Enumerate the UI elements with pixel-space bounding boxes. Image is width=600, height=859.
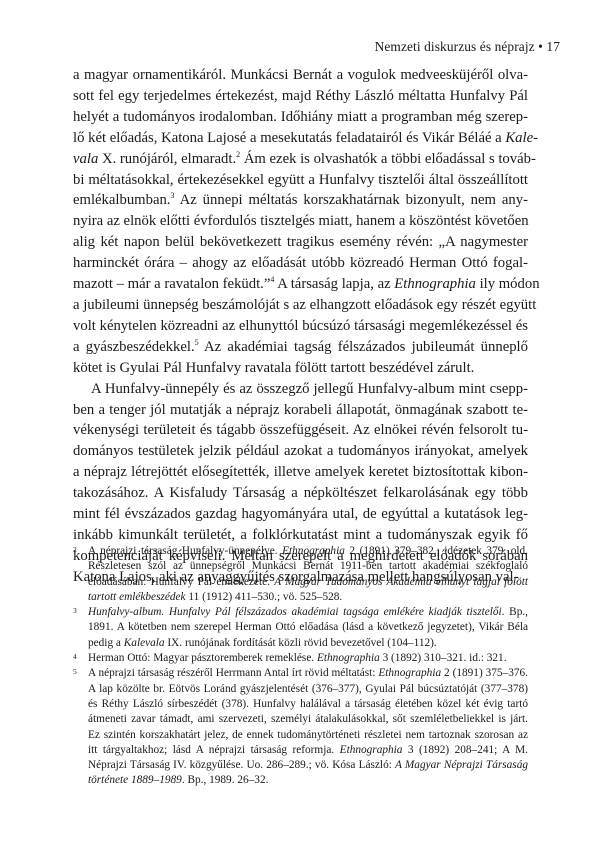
italic-text: Hunfalvy-album. Hunfalvy Pál félszázados…: [88, 606, 502, 618]
text-run: A Hunfalvy-ünnepély és az összegző jelle…: [91, 381, 528, 397]
text-line: volt kénytelen közreadni az elhunyttól b…: [73, 316, 528, 337]
text-line: ben a tenger jól mutatják a néprajz kora…: [73, 400, 528, 421]
text-line: helyét a tudományos irodalomban. Időhián…: [73, 107, 528, 128]
italic-text: vala: [73, 151, 98, 167]
text-line: lő két előadás, Katona Lajosé a mesekuta…: [73, 128, 528, 149]
text-run: . Bp., 1989. 26–32.: [182, 774, 269, 786]
bullet-separator: •: [538, 39, 543, 54]
italic-text: Kalevala: [124, 637, 165, 649]
text-line: emlékalbumban.3 Az ünnepi méltatás korsz…: [73, 190, 528, 211]
text-line: nyira az elnök előtti évfordulós tisztel…: [73, 211, 528, 232]
text-line: inkább kimunkált területét, a folklórkut…: [73, 525, 528, 546]
text-line: sott fel egy terjedelmes értekezést, maj…: [73, 86, 528, 107]
running-head: Nemzeti diskurzus és néprajz • 17: [375, 39, 560, 55]
text-line: a néprajz létrejöttét elősegítették, ill…: [73, 462, 528, 483]
text-line: a magyar ornamentikáról. Munkácsi Bernát…: [73, 65, 528, 86]
italic-text: Ethnographia: [378, 667, 441, 679]
footnote: 2A néprajzi társaság Hunfalvy-ünnepélye.…: [73, 544, 528, 605]
paragraph: a magyar ornamentikáról. Munkácsi Bernát…: [73, 65, 528, 379]
text-run: Az akadémiai tagság félszázados jubileum…: [199, 339, 528, 355]
text-run: Herman Ottó: Magyar pásztoremberek remek…: [88, 652, 317, 664]
text-line: vala X. runójáról, elmaradt.2 Ám ezek is…: [73, 149, 528, 170]
italic-text: Ethnographia: [340, 744, 403, 756]
text-run: X. runójáról, elmaradt.: [98, 151, 236, 167]
text-run: dományos testületek jelzik például azoka…: [73, 443, 528, 459]
footnotes: 2A néprajzi társaság Hunfalvy-ünnepélye.…: [73, 544, 528, 789]
text-line: a jubileumi ünnepség beszámolóját s az e…: [73, 295, 528, 316]
italic-text: Kale-: [505, 130, 538, 146]
text-run: volt kénytelen közreadni az elhunyttól b…: [73, 318, 528, 334]
text-run: Az ünnepi méltatás korszakhatárnak bizon…: [174, 192, 528, 208]
footnote-number: 2: [73, 542, 77, 557]
text-run: bi méltatásokkal, értekezésekkel együtt …: [73, 172, 528, 188]
text-run: inkább kimunkált területét, a folklórkut…: [73, 527, 528, 543]
text-run: IX. runójának fordítását közli rövid bev…: [165, 637, 437, 649]
text-run: takozásához. A Kisfaludy Társaság a népk…: [73, 485, 528, 501]
text-run: vékenységi területeit és tágabb összefüg…: [73, 422, 528, 438]
text-run: A néprajzi társaság Hunfalvy-ünnepélye.: [88, 545, 282, 557]
text-run: sott fel egy terjedelmes értekezést, maj…: [73, 88, 528, 104]
text-line: bi méltatásokkal, értekezésekkel együtt …: [73, 170, 528, 191]
text-run: ily módon: [476, 276, 540, 292]
text-run: A néprajzi társaság részéről Herrmann An…: [88, 667, 378, 679]
text-run: 2 (1891) 375–376. A lap közölte br. Eötv…: [88, 667, 528, 755]
text-line: a gyászbeszédekkel.5 Az akadémiai tagság…: [73, 337, 528, 358]
text-run: 3 (1892) 310–321. id.: 321.: [380, 652, 507, 664]
text-run: lő két előadás, Katona Lajosé a mesekuta…: [73, 130, 505, 146]
footnote-text: A néprajzi társaság Hunfalvy-ünnepélye. …: [88, 544, 528, 605]
text-line: takozásához. A Kisfaludy Társaság a népk…: [73, 483, 528, 504]
footnote: 5A néprajzi társaság részéről Herrmann A…: [73, 666, 528, 788]
text-run: Ám ezek is olvashatók a többi előadással…: [240, 151, 536, 167]
text-run: nyira az elnök előtti évfordulós tisztel…: [73, 213, 529, 229]
text-run: emlékalbumban.: [73, 192, 170, 208]
footnote-text: A néprajzi társaság részéről Herrmann An…: [88, 666, 528, 788]
footnote-number: 5: [73, 664, 77, 679]
text-run: harminckét órára – ahogy az előadását ut…: [73, 255, 528, 271]
text-line: A Hunfalvy-ünnepély és az összegző jelle…: [73, 379, 528, 400]
text-run: a néprajz létrejöttét elősegítették, ill…: [73, 464, 528, 480]
text-line: harminckét órára – ahogy az előadását ut…: [73, 253, 528, 274]
text-line: vékenységi területeit és tágabb összefüg…: [73, 420, 528, 441]
text-run: a magyar ornamentikáról. Munkácsi Bernát…: [73, 67, 528, 83]
footnote-number: 4: [73, 649, 77, 664]
footnote-text: Hunfalvy-album. Hunfalvy Pál félszázados…: [88, 605, 528, 651]
text-run: mint fél évszázados gazdag hagyományára …: [73, 506, 528, 522]
footnote: 3Hunfalvy-album. Hunfalvy Pál félszázado…: [73, 605, 528, 651]
text-run: A társaság lapja, az: [274, 276, 394, 292]
text-line: mint fél évszázados gazdag hagyományára …: [73, 504, 528, 525]
footnote: 4Herman Ottó: Magyar pásztoremberek reme…: [73, 651, 528, 666]
running-head-title: Nemzeti diskurzus és néprajz: [375, 39, 535, 54]
text-run: alig két napon belül bekövetkezett tragi…: [73, 234, 528, 250]
body-text: a magyar ornamentikáról. Munkácsi Bernát…: [73, 65, 528, 588]
italic-text: Ethnographia: [394, 276, 476, 292]
text-run: mazott – már a ravatalon feküdt.”: [73, 276, 270, 292]
text-line: mazott – már a ravatalon feküdt.”4 A tár…: [73, 274, 528, 295]
text-run: a gyászbeszédekkel.: [73, 339, 195, 355]
text-run: 11 (1912) 411–530.; vö. 525–528.: [186, 591, 343, 603]
page-number: 17: [546, 39, 560, 54]
text-line: dományos testületek jelzik például azoka…: [73, 441, 528, 462]
text-run: kötet is Gyulai Pál Hunfalvy ravatala fö…: [73, 360, 474, 376]
footnote-text: Herman Ottó: Magyar pásztoremberek remek…: [88, 651, 528, 666]
text-line: kötet is Gyulai Pál Hunfalvy ravatala fö…: [73, 358, 528, 379]
italic-text: Ethnographia: [282, 545, 345, 557]
text-run: helyét a tudományos irodalomban. Időhián…: [73, 109, 528, 125]
italic-text: Ethnographia: [317, 652, 380, 664]
footnote-number: 3: [73, 603, 77, 618]
text-run: a jubileumi ünnepség beszámolóját s az e…: [73, 297, 536, 313]
text-line: alig két napon belül bekövetkezett tragi…: [73, 232, 528, 253]
text-run: ben a tenger jól mutatják a néprajz kora…: [73, 402, 528, 418]
